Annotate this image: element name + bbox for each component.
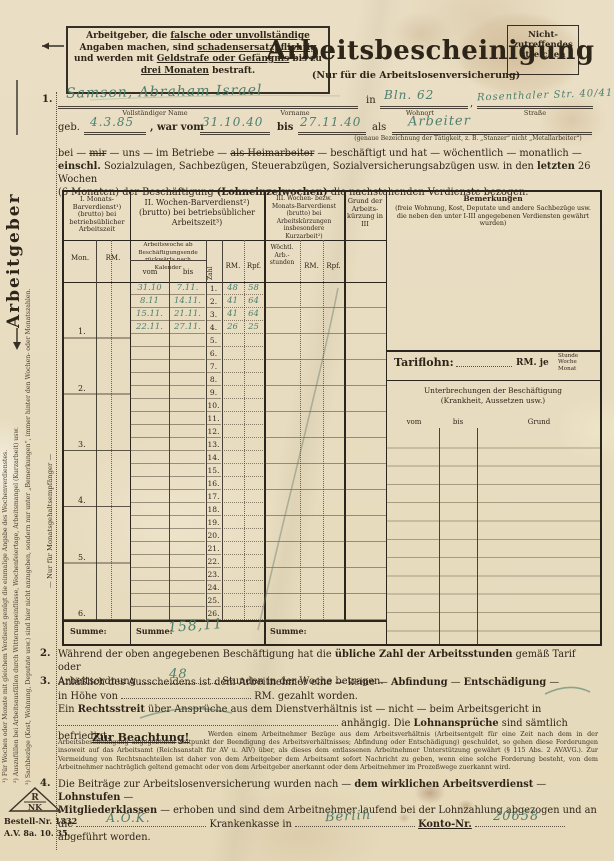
- tariflohn-units: Stunde Woche Monat: [558, 353, 578, 372]
- week-bis: 27.11.: [170, 322, 205, 334]
- intro-text: bei —: [58, 148, 89, 159]
- strasse-handwriting: Rosenthaler Str. 40/41: [477, 88, 614, 104]
- week-bis: [170, 504, 205, 516]
- geb-handwriting: 4.3.85: [90, 115, 134, 129]
- week-row: 8.: [130, 373, 264, 386]
- week-row: 18.: [130, 503, 264, 516]
- caption-strasse: Straße: [505, 109, 565, 117]
- p3-leader: [58, 716, 338, 726]
- week-rpf: [244, 543, 263, 555]
- week-vom: [130, 439, 169, 451]
- week-number: 13.: [206, 439, 221, 451]
- week-row: 31.107.11.1.4858: [130, 282, 264, 295]
- week-rpf: [244, 413, 263, 425]
- week-bis: [170, 517, 205, 529]
- warning-text: und werden mit: [74, 54, 157, 64]
- week-rpf: [244, 439, 263, 451]
- week-vom: [130, 400, 169, 412]
- konto-handwriting: 20658: [493, 810, 539, 823]
- grid-line: [386, 380, 600, 381]
- week-rpf: [244, 582, 263, 594]
- week-rpf: 58: [244, 283, 263, 295]
- table-header-bemerkungen-title: Bemerkungen: [388, 195, 598, 203]
- table-header-III: III. Wochen- bezw. Monats-Barverdienst (…: [266, 195, 342, 241]
- geb-field: 4.3.85: [84, 118, 146, 135]
- week-vom: [130, 569, 169, 581]
- warning-text: Arbeitgeber, die: [86, 31, 170, 41]
- week-bis: [170, 491, 205, 503]
- week-rm: 48: [222, 283, 243, 295]
- week-vom: [130, 543, 169, 555]
- grid-line: [386, 350, 600, 352]
- p4-leader: 20658: [475, 817, 565, 827]
- week-rpf: [244, 530, 263, 542]
- week-row: 8.1114.11.2.4164: [130, 295, 264, 308]
- bis-handwriting: 27.11.40: [300, 115, 361, 129]
- week-row: 10.: [130, 399, 264, 412]
- week-rpf: [244, 517, 263, 529]
- week-row: 19.: [130, 516, 264, 529]
- grid-line: [64, 240, 386, 241]
- tariflohn-rm-je: RM. je: [516, 358, 549, 368]
- week-rm: 41: [222, 296, 243, 308]
- week-rpf: [244, 608, 263, 620]
- week-row: 6.: [130, 347, 264, 360]
- week-bis: 21.11.: [170, 309, 205, 321]
- week-vom: [130, 335, 169, 347]
- unterbrechungen-bis: bis: [442, 418, 474, 426]
- week-bis: [170, 426, 205, 438]
- week-bis: [170, 556, 205, 568]
- bestell-nr: Bestell-Nr. 1332: [4, 816, 77, 826]
- field-number-1: 1.: [42, 94, 52, 105]
- week-row: 22.: [130, 555, 264, 568]
- week-number: 15.: [206, 465, 221, 477]
- week-rm: [222, 517, 243, 529]
- week-bis: [170, 569, 205, 581]
- week-row: 22.11.27.11.4.2625: [130, 321, 264, 334]
- week-rpf: 25: [244, 322, 263, 334]
- week-rm: [222, 608, 243, 620]
- week-rpf: [244, 361, 263, 373]
- p3-bold: Lohnansprüche: [414, 718, 499, 729]
- warning-text: Angaben machen, sind: [79, 43, 197, 53]
- grid-line: [130, 260, 206, 261]
- margin-footnote-1: ¹) Für Wochen oder Monate mit gleichem V…: [2, 238, 9, 783]
- week-number: 1.: [206, 283, 221, 295]
- week-bis: [170, 595, 205, 607]
- paragraph-4: Die Beiträge zur Arbeitslosenversicherun…: [58, 778, 598, 844]
- week-vom: 31.10: [130, 283, 169, 295]
- summe-label-3: Summe:: [270, 626, 307, 636]
- week-bis: 14.11.: [170, 296, 205, 308]
- week-rm: [222, 491, 243, 503]
- week-row: 16.: [130, 477, 264, 490]
- p4-leader: A.O.K.: [76, 817, 206, 827]
- strasse-field: Rosenthaler Str. 40/41: [477, 90, 593, 109]
- subheader-vom: vom: [130, 268, 170, 276]
- week-vom: [130, 348, 169, 360]
- week-vom: [130, 374, 169, 386]
- p3-text: in Höhe von: [58, 691, 118, 702]
- warning-text: drei Monaten: [141, 66, 209, 76]
- geb-label: geb.: [58, 122, 80, 133]
- p3-bold: Entschädigung: [464, 677, 547, 688]
- p4-text: Die Beiträge zur Arbeitslosenversicherun…: [58, 779, 354, 790]
- week-rm: [222, 413, 243, 425]
- group-grid: [264, 282, 386, 620]
- week-number: 6.: [206, 348, 221, 360]
- week-rm: [222, 569, 243, 581]
- week-vom: [130, 504, 169, 516]
- war-vom-label: , war vom: [150, 122, 204, 133]
- week-rpf: 64: [244, 296, 263, 308]
- intro-text: — uns — im Betriebe —: [106, 148, 230, 159]
- subheader-rm3: RM.: [300, 262, 323, 270]
- week-row: 17.: [130, 490, 264, 503]
- week-rm: [222, 452, 243, 464]
- week-number: 4.: [206, 322, 221, 334]
- wohnort-field: Bln. 62: [380, 90, 468, 109]
- name-handwriting: Samson, Abraham Israel: [66, 82, 263, 101]
- caption-taetigkeit: (genaue Bezeichnung der Tätigkeit, z. B.…: [340, 135, 596, 142]
- intro-struck-option: als Heimarbeiter: [230, 148, 314, 159]
- week-rm: [222, 465, 243, 477]
- week-row: 7.: [130, 360, 264, 373]
- week-bis: [170, 582, 205, 594]
- subheader-rm: RM.: [96, 254, 130, 262]
- week-rpf: [244, 569, 263, 581]
- week-row: 23.: [130, 568, 264, 581]
- week-rm: [222, 556, 243, 568]
- p3-bold: Abfindung: [391, 677, 448, 688]
- week-rm: [222, 543, 243, 555]
- page-title: Arbeitsbescheinigung: [266, 36, 566, 66]
- intro-text: — beschäftigt und hat — wöchentlich — mo…: [314, 148, 581, 159]
- av-code: A.V. 8a. 10. 35.: [4, 828, 70, 838]
- intro-bold: einschl.: [58, 161, 101, 172]
- grid-line: [64, 620, 386, 622]
- week-vom: [130, 465, 169, 477]
- vom-field: 31.10.40: [200, 118, 270, 135]
- week-bis: [170, 530, 205, 542]
- bis-field: 27.11.40: [298, 118, 366, 135]
- week-rm: [222, 361, 243, 373]
- summe-label-1: Summe:: [70, 626, 107, 636]
- week-row: 14.: [130, 451, 264, 464]
- week-bis: [170, 387, 205, 399]
- week-rpf: [244, 400, 263, 412]
- p4-text: Krankenkasse in: [209, 819, 291, 830]
- p3-text: RM. gezahlt worden.: [254, 691, 358, 702]
- week-rpf: [244, 465, 263, 477]
- week-rm: [222, 582, 243, 594]
- table-header-II: II. Wochen-Barverdienst²) (brutto) bei b…: [134, 198, 260, 228]
- week-vom: [130, 387, 169, 399]
- week-vom: [130, 582, 169, 594]
- page-subtitle: (Nur für die Arbeitslosenversicherung): [266, 70, 566, 81]
- bis-label: bis: [277, 122, 293, 133]
- week-number: 11.: [206, 413, 221, 425]
- week-bis: [170, 413, 205, 425]
- week-number: 24.: [206, 582, 221, 594]
- unterbrechungen-rules: [386, 430, 600, 644]
- week-rpf: [244, 335, 263, 347]
- week-bis: [170, 348, 205, 360]
- week-bis: [170, 452, 205, 464]
- p3-text: anhängig. Die: [341, 718, 413, 729]
- earnings-table: I. Monats-Barverdienst¹) (brutto) bei be…: [62, 190, 602, 646]
- week-row: 5.: [130, 334, 264, 347]
- week-number: 25.: [206, 595, 221, 607]
- week-rm: 26: [222, 322, 243, 334]
- subheader-rpf2: Rpf.: [323, 262, 344, 270]
- name-field: Samson, Abraham Israel: [58, 90, 358, 109]
- week-rm: [222, 595, 243, 607]
- table-header-I: I. Monats-Barverdienst¹) (brutto) bei be…: [66, 196, 128, 234]
- week-bis: [170, 335, 205, 347]
- week-vom: 22.11.: [130, 322, 169, 334]
- unit-woche: Woche: [558, 359, 578, 365]
- week-vom: [130, 452, 169, 464]
- week-rm: [222, 387, 243, 399]
- week-rm: 41: [222, 309, 243, 321]
- week-row: 11.: [130, 412, 264, 425]
- week-rpf: [244, 348, 263, 360]
- week-bis: [170, 543, 205, 555]
- week-row: 25.: [130, 594, 264, 607]
- week-number: 19.: [206, 517, 221, 529]
- p4-konto-label: Konto-Nr.: [418, 819, 472, 830]
- week-rpf: [244, 387, 263, 399]
- week-rpf: [244, 452, 263, 464]
- sum-handwriting: 158,11: [168, 616, 224, 636]
- p2-text: Während der oben angegebenen Beschäftigu…: [58, 649, 335, 660]
- week-number: 18.: [206, 504, 221, 516]
- week-number: 10.: [206, 400, 221, 412]
- week-vom: [130, 478, 169, 490]
- week-rpf: [244, 491, 263, 503]
- week-rpf: [244, 504, 263, 516]
- week-rm: [222, 530, 243, 542]
- week-rpf: [244, 374, 263, 386]
- document-page: Arbeitgeber ¹) Für Wochen oder Monate mi…: [0, 0, 614, 861]
- intro-struck-option: mir: [89, 148, 106, 159]
- week-bis: [170, 478, 205, 490]
- week-rm: [222, 374, 243, 386]
- wohnort-handwriting: Bln. 62: [384, 88, 434, 102]
- week-rm: [222, 504, 243, 516]
- week-row: 13.: [130, 438, 264, 451]
- tariflohn-label: Tariflohn:: [394, 356, 454, 369]
- week-vom: [130, 426, 169, 438]
- week-bis: 7.11.: [170, 283, 205, 295]
- subheader-zahl: Zahl: [207, 246, 214, 280]
- beachtung-text: Werden einem Arbeitnehmer Bezüge aus dem…: [58, 730, 598, 771]
- week-rpf: [244, 478, 263, 490]
- p4-leader: Berlin: [295, 817, 415, 827]
- vom-handwriting: 31.10.40: [202, 115, 263, 129]
- table-header-grund: Grund der Arbeits- kürzung in III: [346, 198, 384, 228]
- als-handwriting: Arbeiter: [408, 113, 471, 129]
- week-bis: [170, 400, 205, 412]
- week-vom: [130, 608, 169, 620]
- unterbrechungen-grund: Grund: [494, 418, 584, 426]
- week-bis: [170, 361, 205, 373]
- week-bis: [170, 465, 205, 477]
- unterbrechungen-title: Unterbrechungen der Beschäftigung: [386, 386, 600, 395]
- table-header-bemerkungen-sub: (freie Wohnung, Kost, Deputate und ander…: [394, 205, 592, 228]
- week-number: 3.: [206, 309, 221, 321]
- p3-text: Anläßlich des Ausscheidens ist dem Arbei…: [58, 677, 391, 688]
- week-row: 9.: [130, 386, 264, 399]
- week-vom: [130, 491, 169, 503]
- monthly-salary-note: — Nur für Monatsgehaltsempfänger —: [46, 352, 54, 588]
- subheader-wochstunden: Wöchtl. Arb.- stunden: [265, 244, 299, 267]
- unterbrechungen-subtitle: (Krankheit, Aussetzen usw.): [386, 396, 600, 405]
- week-number: 17.: [206, 491, 221, 503]
- week-number: 22.: [206, 556, 221, 568]
- p4-text: —: [533, 779, 546, 790]
- week-number: 2.: [206, 296, 221, 308]
- subheader-rpf: Rpf.: [244, 262, 264, 270]
- week-vom: 8.11: [130, 296, 169, 308]
- week-number: 9.: [206, 387, 221, 399]
- unterbrechungen-vom: vom: [392, 418, 436, 426]
- week-number: 16.: [206, 478, 221, 490]
- als-label: als: [372, 122, 386, 133]
- week-rm: [222, 439, 243, 451]
- subheader-bis: bis: [170, 268, 206, 276]
- week-row: 15.: [130, 464, 264, 477]
- subheader-mon: Mon.: [64, 254, 96, 262]
- week-vom: [130, 413, 169, 425]
- subheader-rm2: RM.: [222, 262, 244, 270]
- krankenkasse-handwriting: A.O.K.: [106, 812, 150, 825]
- p2-bold: übliche Zahl der Arbeitsstunden: [335, 649, 513, 660]
- week-rpf: [244, 426, 263, 438]
- week-number: 20.: [206, 530, 221, 542]
- ort-handwriting: Berlin: [325, 809, 372, 824]
- week-vom: [130, 361, 169, 373]
- week-number: 8.: [206, 374, 221, 386]
- week-bis: [170, 374, 205, 386]
- paragraph-2-number: 2.: [40, 648, 50, 659]
- paragraph-3-number: 3.: [40, 676, 50, 687]
- als-field: Arbeiter: [392, 118, 592, 135]
- week-rm: [222, 348, 243, 360]
- p3-leader: [121, 689, 251, 699]
- logo-letters-nk: NK: [28, 802, 43, 812]
- week-vom: [130, 517, 169, 529]
- p3-text: —: [546, 677, 559, 688]
- p4-text: abgeführt worden.: [58, 832, 151, 843]
- week-vom: [130, 556, 169, 568]
- tariflohn-leader: [456, 366, 512, 367]
- p3-bold: Rechtsstreit: [78, 704, 145, 715]
- week-row: 12.: [130, 425, 264, 438]
- p4-bold: Lohnstufen: [58, 792, 120, 803]
- week-rpf: 64: [244, 309, 263, 321]
- p4-text: —: [120, 792, 133, 803]
- week-rm: [222, 400, 243, 412]
- margin-footnote-2: ²) Auszufüllen bei Arbeitsausfällen durc…: [13, 238, 20, 783]
- week-rm: [222, 335, 243, 347]
- week-rm: [222, 478, 243, 490]
- week-vom: 15.11.: [130, 309, 169, 321]
- p3-text: über Ansprüche aus dem Dienstverhältnis …: [145, 704, 541, 715]
- week-number: 12.: [206, 426, 221, 438]
- week-vom: [130, 595, 169, 607]
- week-row: 24.: [130, 581, 264, 594]
- unit-monat: Monat: [558, 366, 578, 372]
- in-label: in: [366, 95, 376, 106]
- warning-text: bestraft.: [209, 66, 255, 76]
- week-rpf: [244, 595, 263, 607]
- comma: ,: [470, 98, 473, 109]
- week-number: 5.: [206, 335, 221, 347]
- printer-logo-rnk: R NK: [8, 786, 62, 814]
- week-number: 14.: [206, 452, 221, 464]
- intro-bold: letzten: [537, 161, 575, 172]
- week-number: 7.: [206, 361, 221, 373]
- p3-text: —: [448, 677, 464, 688]
- week-bis: [170, 439, 205, 451]
- intro-text: Sozialzulagen, Sachbezügen, Steuerabzüge…: [101, 161, 537, 172]
- p3-text: Ein: [58, 704, 78, 715]
- week-vom: [130, 530, 169, 542]
- week-row: 21.: [130, 542, 264, 555]
- week-rpf: [244, 556, 263, 568]
- p4-bold: dem wirklichen Arbeitsverdienst: [354, 779, 533, 790]
- week-row: 20.: [130, 529, 264, 542]
- week-number: 23.: [206, 569, 221, 581]
- week-row: 15.11.21.11.3.4164: [130, 308, 264, 321]
- weeks-body: 31.107.11.1.48588.1114.11.2.416415.11.21…: [64, 282, 264, 620]
- week-number: 21.: [206, 543, 221, 555]
- margin-footnote-3: ³) Sachbezüge (Kost, Wohnung, Deputate u…: [25, 200, 32, 785]
- week-rm: [222, 426, 243, 438]
